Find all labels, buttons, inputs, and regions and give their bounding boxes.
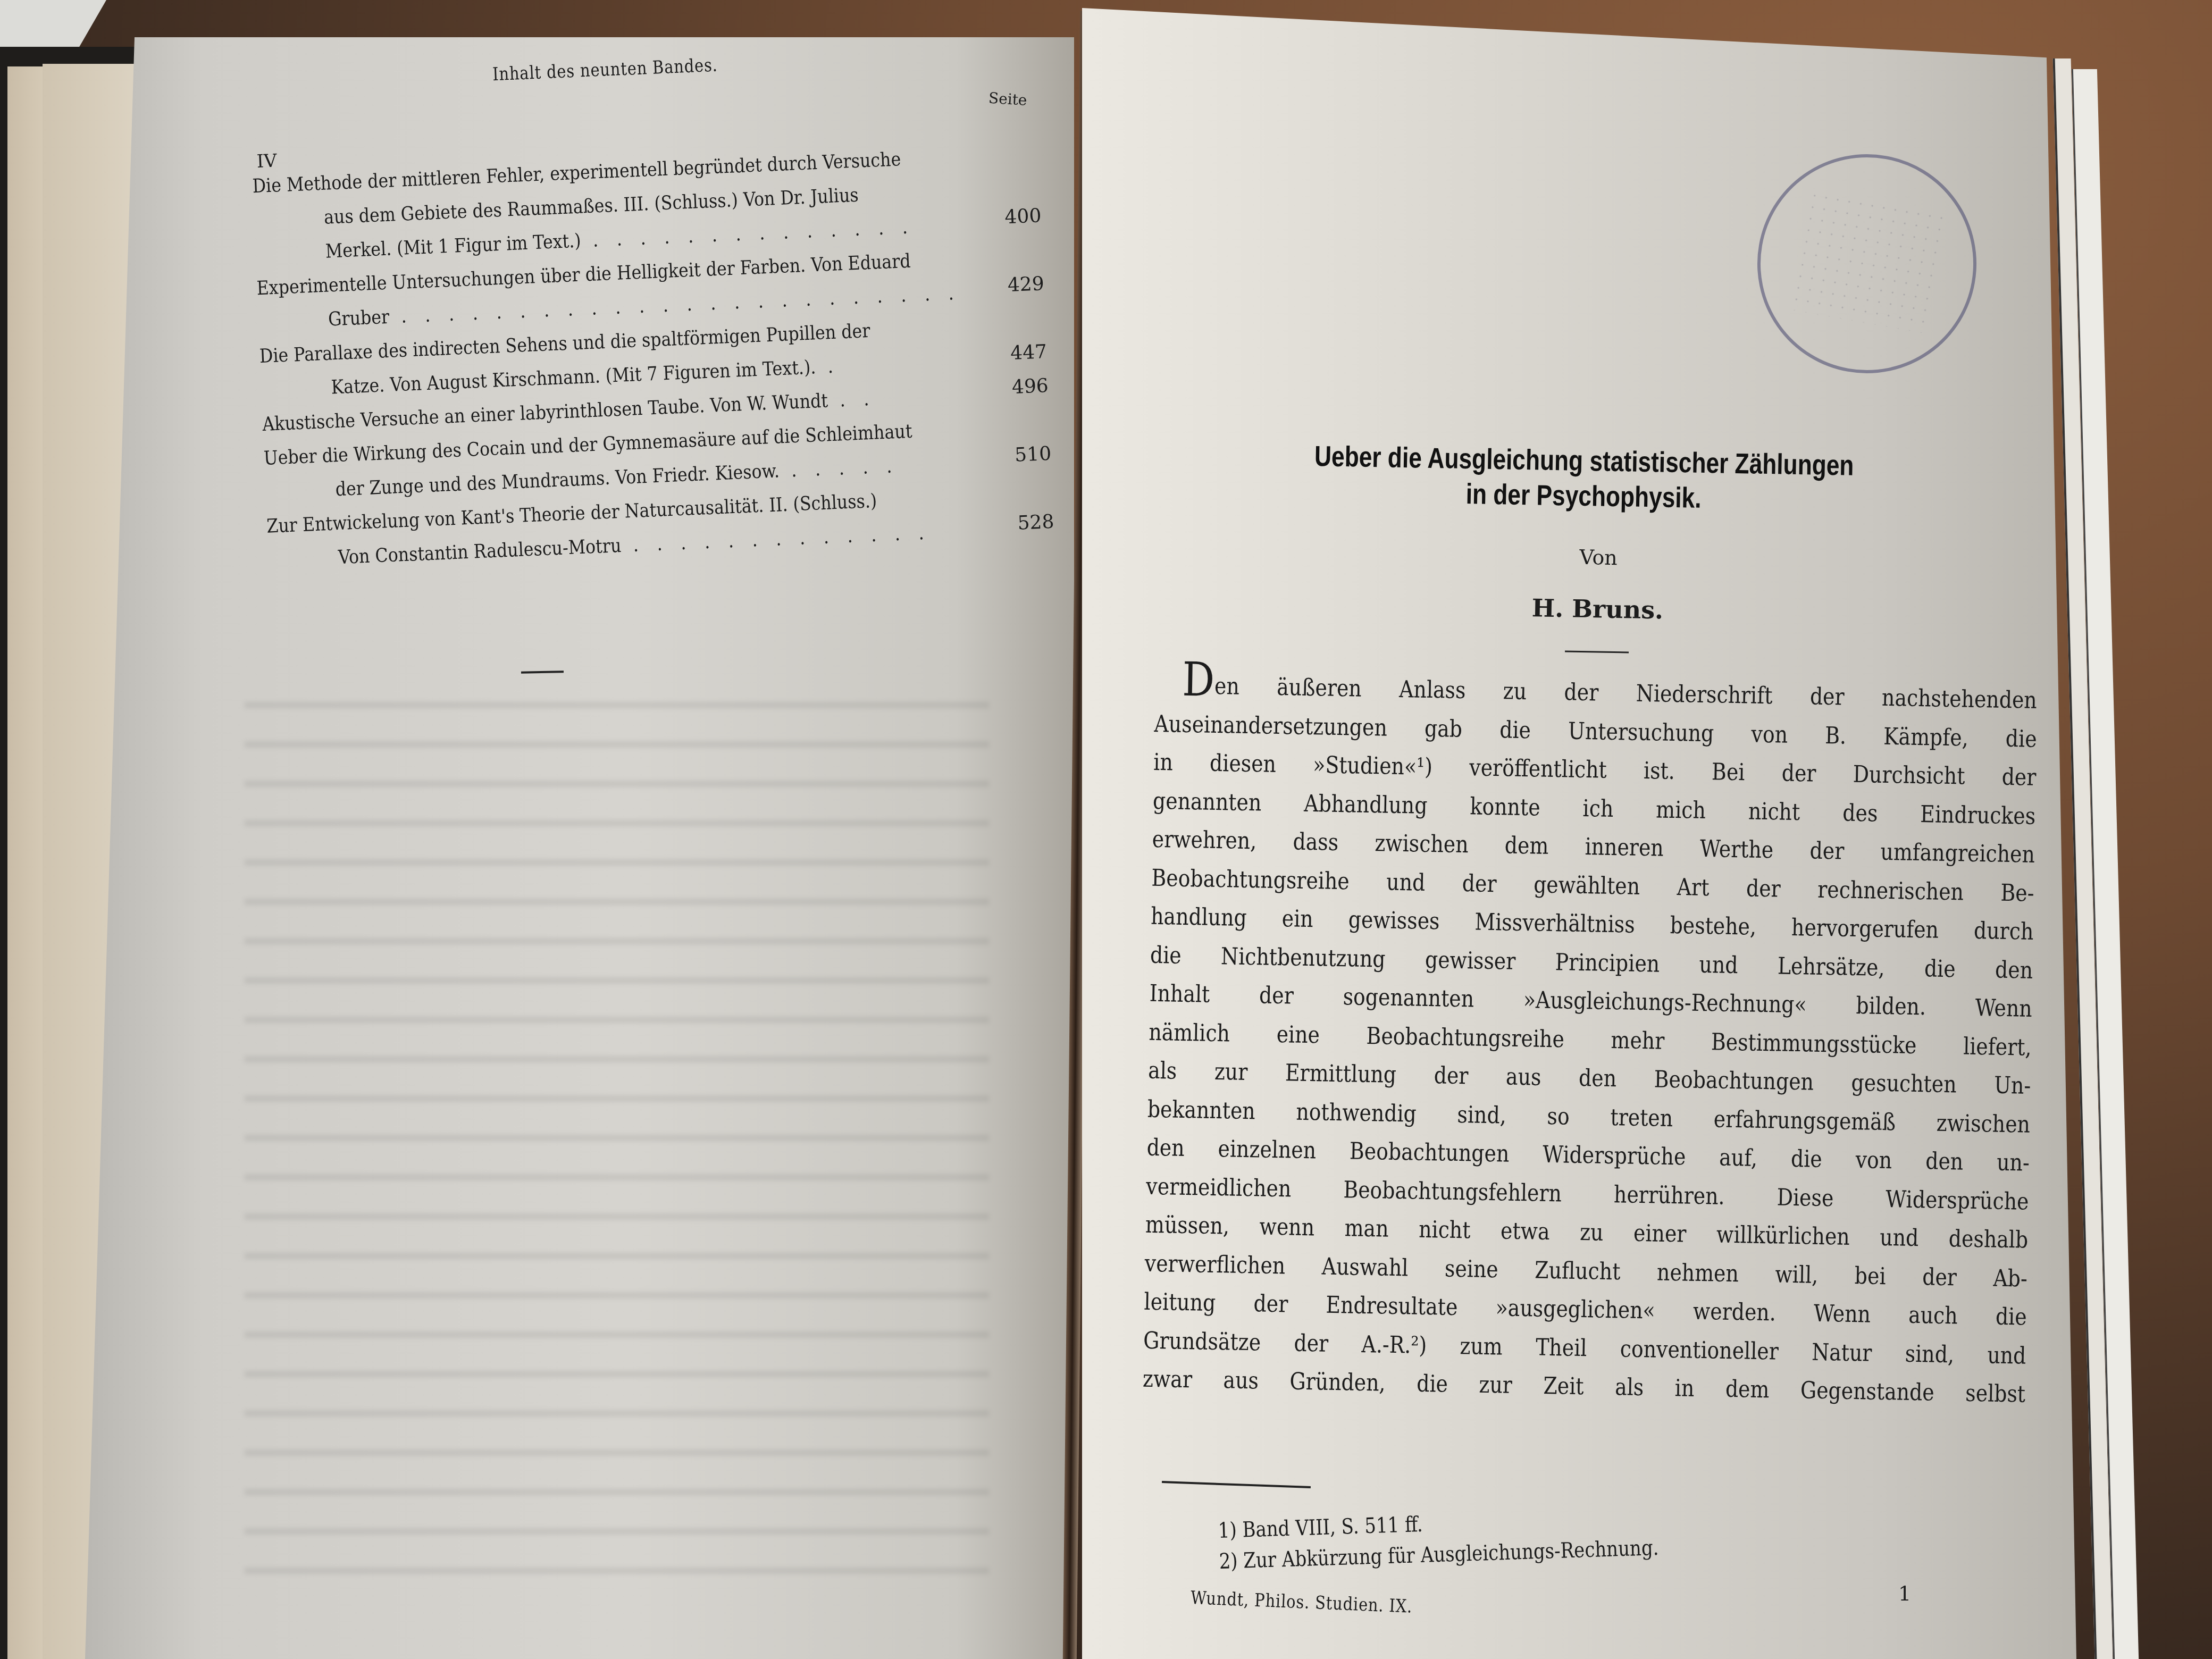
article-title: Ueber die Ausgleichung statistischer Zäh… (1208, 437, 1959, 521)
column-label-seite: Seite (988, 89, 1027, 108)
article: Ueber die Ausgleichung statistischer Zäh… (1142, 436, 2041, 1414)
stamp-texture (1789, 189, 1946, 333)
drop-cap: D (1182, 652, 1215, 707)
toc-page-number: 510 (1015, 443, 1052, 466)
show-through-text (245, 681, 989, 1585)
toc-page-number: 400 (1004, 205, 1042, 228)
paper-scrap (0, 0, 106, 48)
photo-background: Inhalt des neunten Bandes. IV Seite Die … (0, 0, 2212, 1659)
toc-page-number: 528 (1017, 511, 1054, 534)
article-author: H. Bruns. (1156, 587, 2039, 631)
article-body: Den äußeren Anlass zu der Niederschrift … (1142, 666, 2038, 1414)
toc-page-number: 429 (1007, 273, 1044, 296)
toc-page-number: 447 (1010, 341, 1047, 364)
title-divider (1565, 650, 1629, 653)
page-folio: 1 (1898, 1582, 1911, 1605)
toc-page-number: 496 (1011, 375, 1049, 398)
byline-prefix: Von (1157, 538, 2040, 577)
